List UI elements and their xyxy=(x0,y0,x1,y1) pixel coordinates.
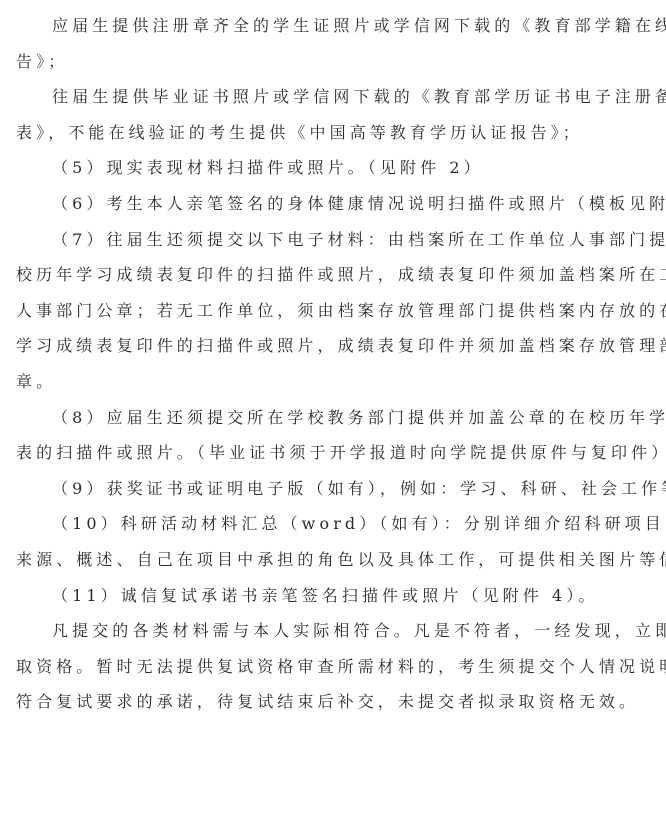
paragraph-item-9: （9）获奖证书或证明电子版（如有），例如：学习、科研、社会工作等。 xyxy=(16,471,666,507)
paragraph-closing-note: 凡提交的各类材料需与本人实际相符合。凡是不符者，一经发现，立即取消录 取资格。暂… xyxy=(16,613,666,720)
text-line: （7）往届生还须提交以下电子材料：由档案所在工作单位人事部门提供的在 xyxy=(16,222,666,258)
text-line: 章。 xyxy=(16,364,666,400)
text-line: 往届生提供毕业证书照片或学信网下载的《教育部学历证书电子注册备案 xyxy=(16,79,666,115)
text-line: 告》； xyxy=(16,44,666,80)
text-line: 符合复试要求的承诺，待复试结束后补交，未提交者拟录取资格无效。 xyxy=(16,684,666,720)
paragraph-fresh-graduate-status: 应届生提供注册章齐全的学生证照片或学信网下载的《教育部学籍在线验证报 告》； xyxy=(16,8,666,79)
paragraph-item-6: （6）考生本人亲笔签名的身体健康情况说明扫描件或照片（模板见附件 3）； xyxy=(16,186,666,222)
text-line: 凡提交的各类材料需与本人实际相符合。凡是不符者，一经发现，立即取消录 xyxy=(16,613,666,649)
paragraph-past-graduate-certificate: 往届生提供毕业证书照片或学信网下载的《教育部学历证书电子注册备案 表》，不能在线… xyxy=(16,79,666,150)
paragraph-item-5: （5）现实表现材料扫描件或照片。（见附件 2） xyxy=(16,150,666,186)
text-line: 应届生提供注册章齐全的学生证照片或学信网下载的《教育部学籍在线验证报 xyxy=(16,8,666,44)
text-line: 表》，不能在线验证的考生提供《中国高等教育学历认证报告》； xyxy=(16,115,666,151)
document-body: 应届生提供注册章齐全的学生证照片或学信网下载的《教育部学籍在线验证报 告》； 往… xyxy=(16,8,666,720)
text-line: 校历年学习成绩表复印件的扫描件或照片，成绩表复印件须加盖档案所在工作单位 xyxy=(16,257,666,293)
text-line: （10）科研活动材料汇总（word）（如有）：分别详细介绍科研项目：名称、 xyxy=(16,506,666,542)
text-line: （9）获奖证书或证明电子版（如有），例如：学习、科研、社会工作等。 xyxy=(16,471,666,507)
paragraph-item-11: （11）诚信复试承诺书亲笔签名扫描件或照片（见附件 4）。 xyxy=(16,578,666,614)
text-line: （5）现实表现材料扫描件或照片。（见附件 2） xyxy=(16,150,666,186)
text-line: （6）考生本人亲笔签名的身体健康情况说明扫描件或照片（模板见附件 3）； xyxy=(16,186,666,222)
paragraph-item-10: （10）科研活动材料汇总（word）（如有）：分别详细介绍科研项目：名称、 来源… xyxy=(16,506,666,577)
paragraph-item-8: （8）应届生还须提交所在学校教务部门提供并加盖公章的在校历年学习成绩 表的扫描件… xyxy=(16,400,666,471)
text-line: 学习成绩表复印件的扫描件或照片，成绩表复印件并须加盖档案存放管理部门公 xyxy=(16,328,666,364)
text-line: 表的扫描件或照片。（毕业证书须于开学报道时向学院提供原件与复印件） xyxy=(16,435,666,471)
paragraph-item-7: （7）往届生还须提交以下电子材料：由档案所在工作单位人事部门提供的在 校历年学习… xyxy=(16,222,666,400)
text-line: 取资格。暂时无法提供复试资格审查所需材料的，考生须提交个人情况说明并作出 xyxy=(16,649,666,685)
text-line: （8）应届生还须提交所在学校教务部门提供并加盖公章的在校历年学习成绩 xyxy=(16,400,666,436)
text-line: （11）诚信复试承诺书亲笔签名扫描件或照片（见附件 4）。 xyxy=(16,578,666,614)
text-line: 人事部门公章；若无工作单位，须由档案存放管理部门提供档案内存放的在校历年 xyxy=(16,293,666,329)
text-line: 来源、概述、自己在项目中承担的角色以及具体工作，可提供相关图片等信息。 xyxy=(16,542,666,578)
